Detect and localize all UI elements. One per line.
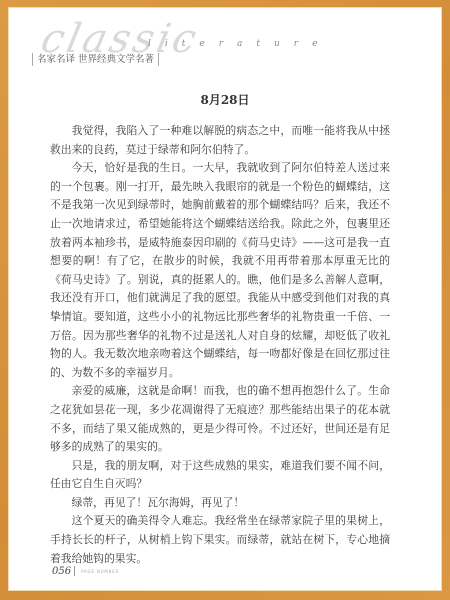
series-tag: 名家名译 世界经典文学名著: [32, 53, 159, 66]
paragraph: 亲爱的威廉，这就是命啊！而我，也的确不想再抱怨什么了。生命之花犹如昙花一现，多少…: [50, 382, 390, 456]
book-page: classic literature 名家名译 世界经典文学名著 8月28日 我…: [8, 7, 442, 591]
body-text: 我觉得，我陷入了一种难以解脱的病态之中，而唯一能将我从中拯救出来的良药，莫过于绿…: [50, 122, 390, 568]
chapter-title: 8月28日: [8, 93, 442, 107]
paragraph: 今天，恰好是我的生日。一大早，我就收到了阿尔伯特差人送过来的一个包裹。刚一打开，…: [50, 159, 390, 382]
paragraph: 这个夏天的确美得令人难忘。我经常坐在绿蒂家院子里的果树上，手持长长的杆子，从树梢…: [50, 512, 390, 568]
footer-divider: [74, 566, 75, 576]
paragraph: 我觉得，我陷入了一种难以解脱的病态之中，而唯一能将我从中拯救出来的良药，莫过于绿…: [50, 122, 390, 159]
decorative-literature-word: literature: [148, 39, 331, 49]
page-number: 056: [52, 566, 71, 577]
paragraph: 只是，我的朋友啊，对于这些成熟的果实，难道我们要不闻不问，任由它自生自灭吗？: [50, 457, 390, 494]
page-footer: 056 PAGE NUMBER: [52, 564, 119, 578]
page-number-label: PAGE NUMBER: [81, 569, 119, 574]
page-header: classic literature 名家名译 世界经典文学名著: [30, 15, 430, 75]
page-frame: classic literature 名家名译 世界经典文学名著 8月28日 我…: [0, 0, 450, 600]
paragraph: 绿蒂，再见了！瓦尔海姆，再见了！: [50, 494, 390, 513]
